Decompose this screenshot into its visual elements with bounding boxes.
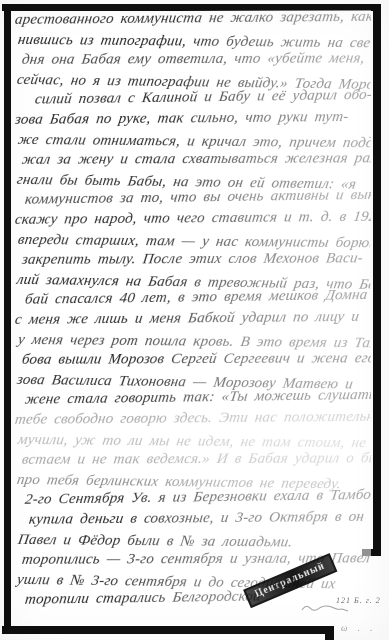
scanned-document-page: арестованного коммуниста не жалко зареза… bbox=[0, 0, 389, 640]
handwriting-block: арестованного коммуниста не жалко зареза… bbox=[15, 10, 371, 614]
handwritten-line: торопили старались Белгородской bbox=[15, 585, 371, 610]
handwritten-line: с меня же лишь и меня Бабкой ударил по л… bbox=[15, 307, 371, 330]
handwritten-line: тебе свободно говорю здесь. Эти нас поло… bbox=[15, 407, 371, 430]
handwritten-line: силий позвал с Калиной и Бабу и её удари… bbox=[15, 85, 371, 110]
frame-border-left bbox=[4, 4, 11, 633]
handwritten-line: жене стала говорить так: «Ты можешь слуш… bbox=[15, 385, 371, 410]
handwritten-line: скажу про народ, что чего ставится и т. … bbox=[15, 207, 371, 230]
margin-mark: ω . . bbox=[341, 623, 376, 633]
frame-border-bottom-step bbox=[325, 626, 334, 640]
handwritten-line: бай спасался 40 лет, в это время мешков … bbox=[15, 285, 371, 310]
handwritten-line: арестованного коммуниста не жалко зареза… bbox=[15, 10, 371, 30]
frame-border-right bbox=[373, 4, 381, 556]
handwritten-line: жал за жену и стала схватываться железна… bbox=[15, 148, 371, 170]
handwritten-line: зова Бабая по руке, так сильно, что руки… bbox=[15, 107, 371, 130]
frame-border-bottom bbox=[2, 626, 334, 634]
handwritten-line: купила деньги в совхозные, и 3-го Октябр… bbox=[15, 507, 371, 530]
handwritten-line: коммунистов за то, что вы очень активны … bbox=[15, 185, 371, 210]
handwritten-line: дня она Бабая ему ответила, что «убейте … bbox=[15, 48, 371, 70]
handwritten-line: бова вышли Морозов Сергей Сергеевич и же… bbox=[15, 348, 371, 370]
handwritten-line: встаем и не так ведемся.» И в Бабая удар… bbox=[15, 448, 371, 470]
handwritten-line: 2-го Сентября Ув. я из Березновки ехала … bbox=[15, 485, 371, 510]
handwritten-line: закрепить тылу. После этих слов Мехонов … bbox=[15, 248, 371, 270]
folio-note: 121 Б. г. 2 bbox=[336, 596, 381, 605]
